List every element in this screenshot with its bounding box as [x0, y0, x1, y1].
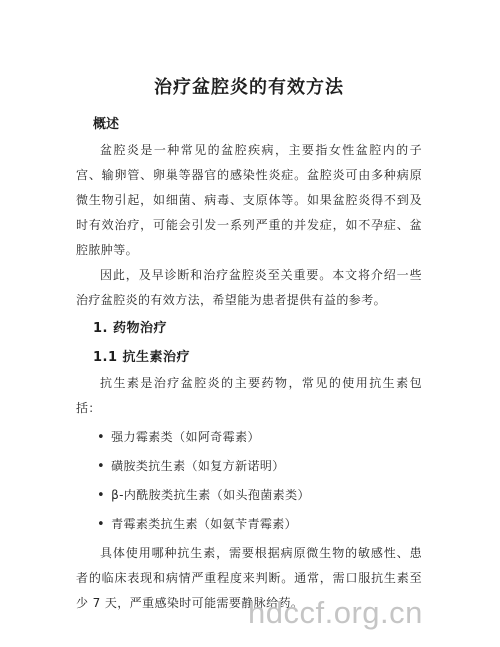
section-heading-1: 1. 药物治疗	[76, 316, 422, 342]
document-title: 治疗盆腔炎的有效方法	[76, 75, 422, 101]
document-page: 治疗盆腔炎的有效方法 概述 盆腔炎是一种常见的盆腔疾病，主要指女性盆腔内的子宫、…	[0, 0, 500, 647]
bullet-icon: •	[97, 425, 105, 450]
bullet-icon: •	[97, 512, 105, 537]
list-item-text: β-内酰胺类抗生素（如头孢菌素类）	[111, 483, 310, 508]
list-item: • 青霉素类抗生素（如氨苄青霉素）	[76, 512, 422, 537]
list-item: • 磺胺类抗生素（如复方新诺明）	[76, 454, 422, 479]
document-content: 治疗盆腔炎的有效方法 概述 盆腔炎是一种常见的盆腔疾病，主要指女性盆腔内的子宫、…	[76, 0, 422, 616]
watermark-text: hdccf.org.cn	[248, 595, 423, 631]
list-item: • β-内酰胺类抗生素（如头孢菌素类）	[76, 483, 422, 508]
list-item-text: 青霉素类抗生素（如氨苄青霉素）	[111, 512, 297, 537]
list-item-text: 强力霉素类（如阿奇霉素）	[111, 425, 260, 450]
paragraph-antibiotics-intro: 抗生素是治疗盆腔炎的主要药物，常见的使用抗生素包括：	[76, 371, 422, 421]
antibiotics-bullet-list: • 强力霉素类（如阿奇霉素） • 磺胺类抗生素（如复方新诺明） • β-内酰胺类…	[76, 425, 422, 537]
overview-heading: 概述	[76, 112, 422, 138]
paragraph-overview-2: 因此，及早诊断和治疗盆腔炎至关重要。本文将介绍一些治疗盆腔炎的有效方法，希望能为…	[76, 263, 422, 313]
paragraph-overview-1: 盆腔炎是一种常见的盆腔疾病，主要指女性盆腔内的子宫、输卵管、卵巢等器官的感染性炎…	[76, 138, 422, 263]
bullet-icon: •	[97, 454, 105, 479]
bullet-icon: •	[97, 483, 105, 508]
section-heading-1-1: 1.1 抗生素治疗	[76, 345, 422, 371]
list-item-text: 磺胺类抗生素（如复方新诺明）	[111, 454, 285, 479]
list-item: • 强力霉素类（如阿奇霉素）	[76, 425, 422, 450]
